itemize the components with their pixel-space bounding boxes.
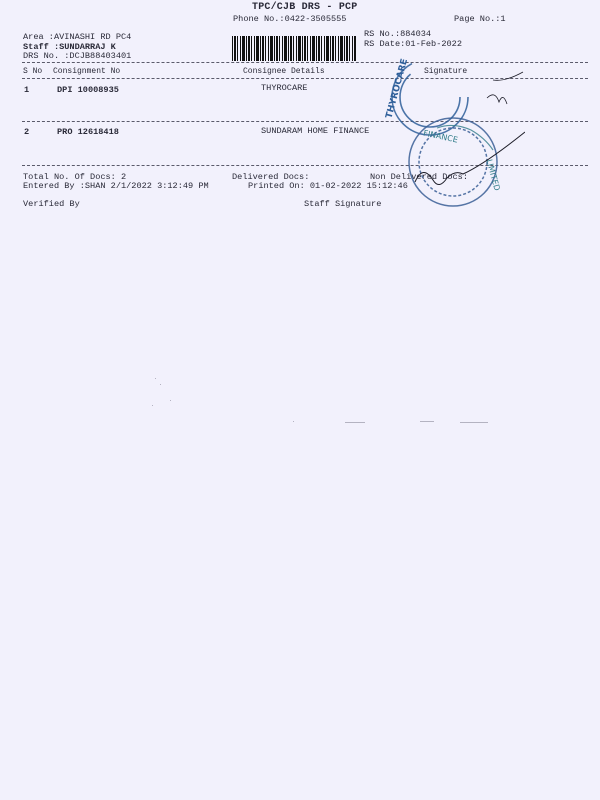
- row-2-consignee: SUNDARAM HOME FINANCE: [261, 126, 369, 136]
- entered-by: Entered By :SHAN 2/1/2022 3:12:49 PM: [23, 181, 209, 191]
- thyrocare-stamp-text: THYROCARE: [385, 58, 411, 120]
- row-2-consignment: PRO 12618418: [57, 127, 119, 137]
- column-header-consignment: Consignment No: [53, 67, 120, 76]
- row-1-consignee: THYROCARE: [261, 83, 307, 93]
- row-2-sno: 2: [24, 127, 29, 137]
- barcode: [232, 36, 356, 61]
- rs-date: RS Date:01-Feb-2022: [364, 39, 462, 49]
- sundaram-stamp-text: FINANCE: [422, 129, 458, 145]
- scan-speck: [293, 421, 294, 422]
- scan-speck: [460, 422, 488, 423]
- verified-by: Verified By: [23, 199, 80, 209]
- phone-number: Phone No.:0422-3505555: [233, 14, 346, 24]
- column-header-sno: S No: [23, 67, 42, 76]
- scan-speck: [160, 384, 161, 385]
- column-header-signature: Signature: [424, 67, 467, 76]
- svg-text:LIMITED: LIMITED: [485, 158, 502, 191]
- column-header-consignee: Consignee Details: [243, 67, 325, 76]
- document-title: TPC/CJB DRS - PCP: [252, 2, 357, 13]
- row-1-consignment: DPI 10008935: [57, 85, 119, 95]
- printed-on: Printed On: 01-02-2022 15:12:46: [248, 181, 408, 191]
- scan-speck: [152, 405, 153, 406]
- sundaram-stamp: [409, 118, 497, 206]
- divider: [22, 78, 588, 79]
- rs-number: RS No.:884034: [364, 29, 431, 39]
- scan-speck: [170, 400, 171, 401]
- row-1-sno: 1: [24, 85, 29, 95]
- staff-signature-label: Staff Signature: [304, 199, 381, 209]
- scan-speck: [155, 378, 156, 379]
- area-label: Area :AVINASHI RD PC4: [23, 32, 131, 42]
- divider: [22, 62, 588, 63]
- divider: [22, 121, 588, 122]
- scan-speck: [345, 422, 365, 423]
- drs-number: DRS No. :DCJB88403401: [23, 51, 131, 61]
- page-number: Page No.:1: [454, 14, 506, 24]
- scan-speck: [420, 421, 434, 422]
- divider: [22, 165, 588, 166]
